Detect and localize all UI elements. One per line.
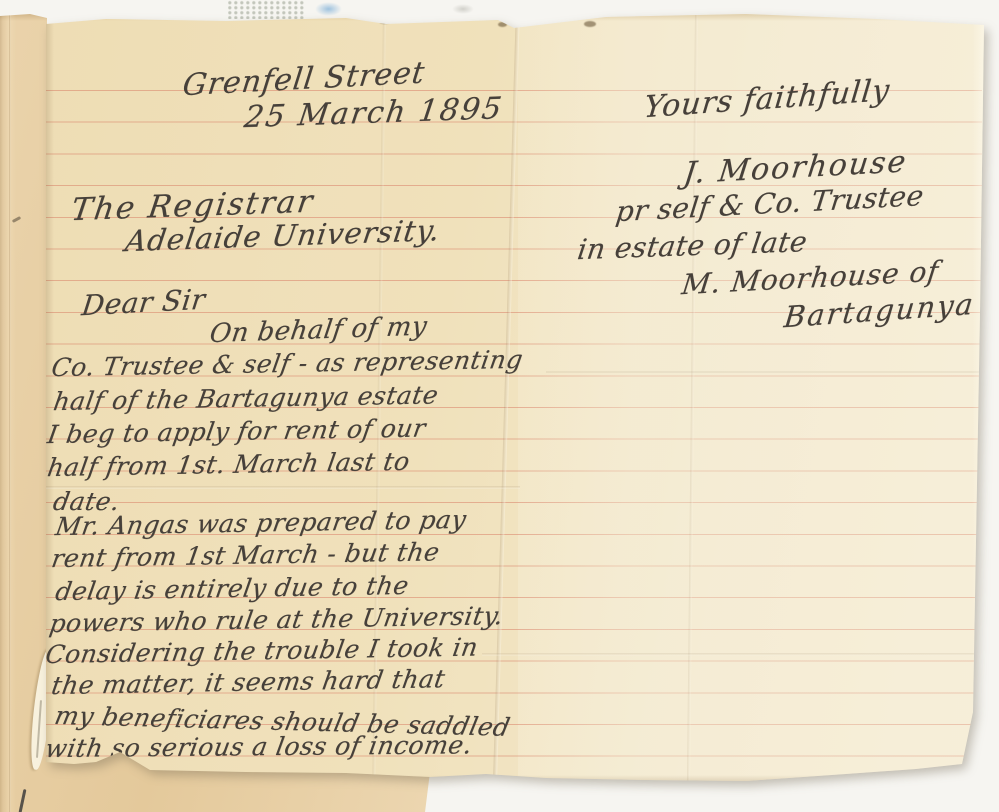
fold-crease-horizontal-right <box>482 653 984 656</box>
bottom-edge-shadow <box>46 775 984 782</box>
handwriting-body-line: with so serious a loss of income. <box>43 730 475 763</box>
fold-crease-horizontal-right-faint <box>546 371 984 373</box>
scanned-letter-page: Grenfell Street 25 March 1895 The Regist… <box>0 0 999 812</box>
handwriting-salutation: Dear Sir <box>80 283 207 323</box>
ruled-lines-fade-right <box>514 12 984 782</box>
edge-smudge <box>498 22 507 27</box>
backing-crease <box>9 14 11 812</box>
top-edge-shadow <box>46 12 984 21</box>
letter-sheet: Grenfell Street 25 March 1895 The Regist… <box>46 12 984 782</box>
edge-smudge <box>584 21 596 27</box>
right-edge-highlight <box>972 12 984 782</box>
edge-smudge <box>379 19 390 24</box>
letter-sheet-wrap: Grenfell Street 25 March 1895 The Regist… <box>46 12 984 782</box>
